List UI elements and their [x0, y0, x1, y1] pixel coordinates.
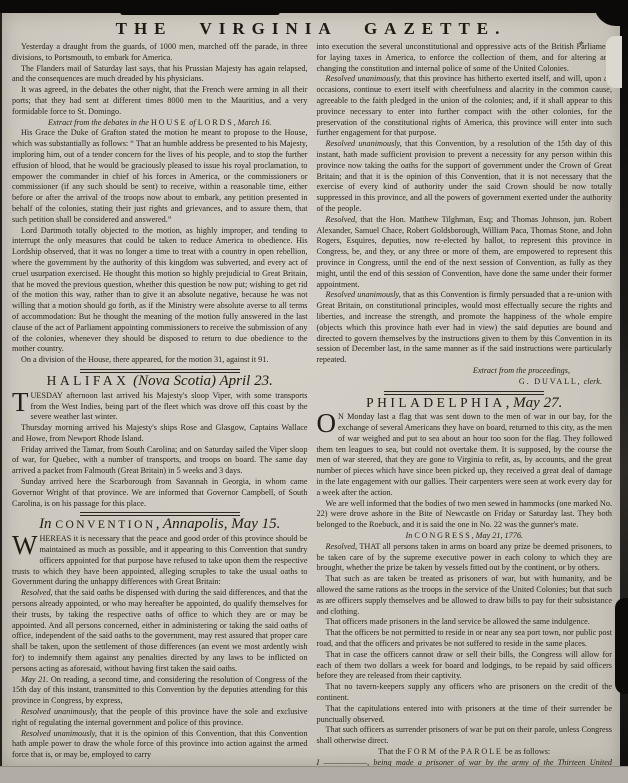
text-segment: CONGRESS [414, 531, 471, 540]
paragraph: Resolved unanimously, that the people of… [12, 707, 308, 729]
paragraph: ON Monday last a flag that was sent down… [317, 412, 613, 498]
paragraph: We are well informed that the bodies of … [317, 499, 613, 531]
text-segment: clerk. [582, 377, 602, 386]
scan-bottom-edge [0, 766, 628, 783]
paragraph: Resolved, THAT all persons taken in arms… [317, 542, 613, 574]
paragraph: The Flanders mail of Saturday last says,… [12, 64, 308, 86]
drop-cap: T [12, 391, 31, 413]
paragraph: That such as are taken be treated as pri… [317, 574, 613, 617]
text-segment: FORM [407, 747, 437, 756]
text-segment: In [39, 516, 55, 532]
drop-cap: W [12, 534, 39, 556]
text-segment: Extract from the debates in the [48, 118, 151, 127]
printers-mark: * [579, 40, 584, 51]
text-segment: LORDS [198, 118, 234, 127]
paragraph: Resolved unanimously, that as this Conve… [317, 290, 613, 366]
text-line: G. DUVALL, clerk. [317, 377, 613, 388]
paragraph: Resolved, that the Hon. Matthew Tilghman… [317, 215, 613, 291]
text-segment: (Nova Scotia) April 23. [129, 373, 272, 389]
paragraph: That such officers as surrender prisoner… [317, 725, 613, 747]
paragraph: into execution the several unconstitutio… [317, 42, 613, 74]
text-segment: , Annapolis, May 15. [156, 516, 281, 532]
text-line: That the FORM of the PAROLE be as follow… [317, 747, 613, 758]
paragraph: TUESDAY afternoon last arrived his Majes… [12, 391, 308, 423]
paragraph: Resolved unanimously, that it is the opi… [12, 729, 308, 761]
paragraph: Yesterday a draught from the guards, of … [12, 42, 308, 64]
text-segment: of [187, 118, 197, 127]
paragraph: That the capitulations entered into with… [317, 704, 613, 726]
section-heading: HALIFAX (Nova Scotia) April 23. [12, 376, 308, 389]
text-segment: of the [438, 747, 461, 756]
paragraph-lead: May 21. [21, 675, 48, 684]
paper-sheet: THE VIRGINIA GAZETTE. * Yesterday a drau… [2, 12, 620, 766]
paragraph: Resolved unanimously, that this Conventi… [317, 139, 613, 215]
paragraph: His Grace the Duke of Grafton stated the… [12, 128, 308, 225]
right-column: into execution the several unconstitutio… [317, 42, 613, 779]
left-column: Yesterday a draught from the guards, of … [12, 42, 308, 779]
paragraph-lead: Resolved, [21, 588, 53, 597]
text-segment: be as follows: [503, 747, 551, 756]
paragraph: Thursday morning arrived his Majesty's s… [12, 423, 308, 445]
text-segment: PHILADELPHIA [366, 395, 506, 410]
paragraph: Resolved, that the said oaths be dispens… [12, 588, 308, 674]
newspaper-page: THE VIRGINIA GAZETTE. * Yesterday a drau… [0, 0, 628, 783]
text-segment: G. DUVALL, [519, 377, 582, 386]
paragraph: It was agreed, in the debates the other … [12, 85, 308, 117]
text-line: In CONGRESS, May 21, 1776. [317, 531, 613, 542]
section-heading: In CONVENTION, Annapolis, May 15. [12, 519, 308, 532]
text-line: Extract from the debates in the HOUSE of… [12, 118, 308, 129]
paragraph-lead: Resolved unanimously, [326, 74, 402, 83]
paragraph-lead: Resolved unanimously, [21, 707, 97, 716]
text-segment: HOUSE [151, 118, 187, 127]
paragraph: Friday arrived the Tamar, from South Car… [12, 445, 308, 477]
article-columns: Yesterday a draught from the guards, of … [2, 39, 620, 779]
paragraph-lead: Resolved unanimously, [326, 290, 401, 299]
paragraph: WHEREAS it is necessary that the peace a… [12, 534, 308, 588]
text-segment: , May 21, 1776. [472, 531, 523, 540]
paragraph: Lord Dartmoth totally objected to the mo… [12, 226, 308, 356]
newspaper-title: THE VIRGINIA GAZETTE. [2, 12, 620, 39]
scan-top-edge-detail [120, 9, 280, 15]
text-segment: HALIFAX [47, 373, 130, 388]
text-segment: Extract from the proceedings, [473, 366, 570, 375]
paragraph-lead: Resolved unanimously, [21, 729, 97, 738]
text-segment: , May 27. [506, 395, 563, 411]
paper-corner [606, 36, 622, 88]
text-segment: , March 16. [234, 118, 272, 127]
section-heading: PHILADELPHIA, May 27. [317, 398, 613, 411]
paragraph: Sunday arrived here the Scarborough from… [12, 477, 308, 509]
scan-top-edge [0, 0, 628, 13]
paragraph: Resolved unanimously, that this province… [317, 74, 613, 139]
paragraph-lead: Resolved unanimously, [326, 139, 402, 148]
paragraph: That in case the officers cannot draw or… [317, 650, 613, 682]
scan-binding-shadow [615, 598, 628, 694]
paragraph-lead: Resolved, [326, 542, 358, 551]
paragraph: That no tavern-keepers supply any office… [317, 682, 613, 704]
paragraph-lead: Resolved, [326, 215, 358, 224]
paragraph: That officers made prisoners in the land… [317, 617, 613, 628]
text-line: Extract from the proceedings, [317, 366, 613, 377]
paragraph: That the officers be not permitted to re… [317, 628, 613, 650]
paragraph: May 21. On reading, a second time, and c… [12, 675, 308, 707]
text-segment: CONVENTION [55, 519, 155, 531]
paragraph: On a division of the House, there appear… [12, 355, 308, 366]
drop-cap: O [317, 412, 339, 434]
text-segment: PAROLE [461, 747, 503, 756]
text-segment: That the [378, 747, 407, 756]
